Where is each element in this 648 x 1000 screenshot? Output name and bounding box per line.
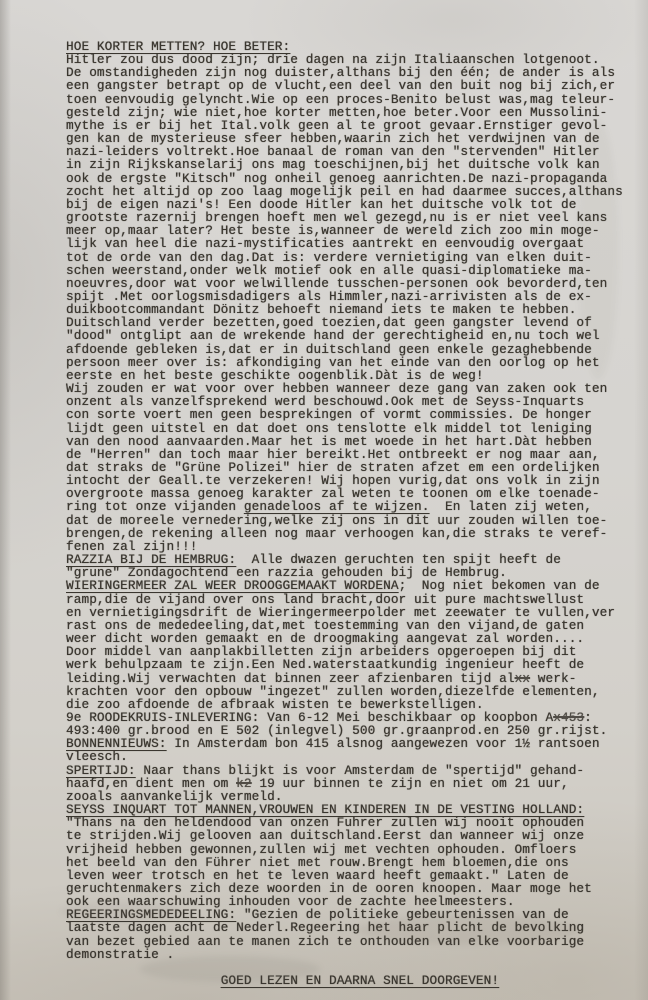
text-run: demonstratie . [66, 947, 174, 962]
footer-slogan: GOED LEZEN EN DAARNA SNEL DOORGEVEN! [66, 974, 626, 987]
text-run: 19 uur binnen te zijn en niet om 21 uur, [252, 776, 569, 791]
underlined-text: GOED LEZEN EN DAARNA SNEL DOORGEVEN! [221, 973, 499, 988]
struck-text: x453 [553, 710, 584, 725]
struck-text: xx [515, 671, 530, 686]
text-line: demonstratie . [66, 948, 626, 961]
text-run: In Amsterdam bon 415 alsnog aangewezen v… [167, 736, 600, 751]
document-lines: HOE KORTER METTEN? HOE BETER:Hitler zou … [66, 40, 626, 987]
struck-text: k2 [236, 776, 251, 791]
heading-bonnennieuws: BONNENNIEUWS: In Amsterdam bon 415 alsno… [66, 737, 626, 750]
document-page: HOE KORTER METTEN? HOE BETER:Hitler zou … [0, 0, 648, 1000]
text-run [66, 973, 221, 988]
